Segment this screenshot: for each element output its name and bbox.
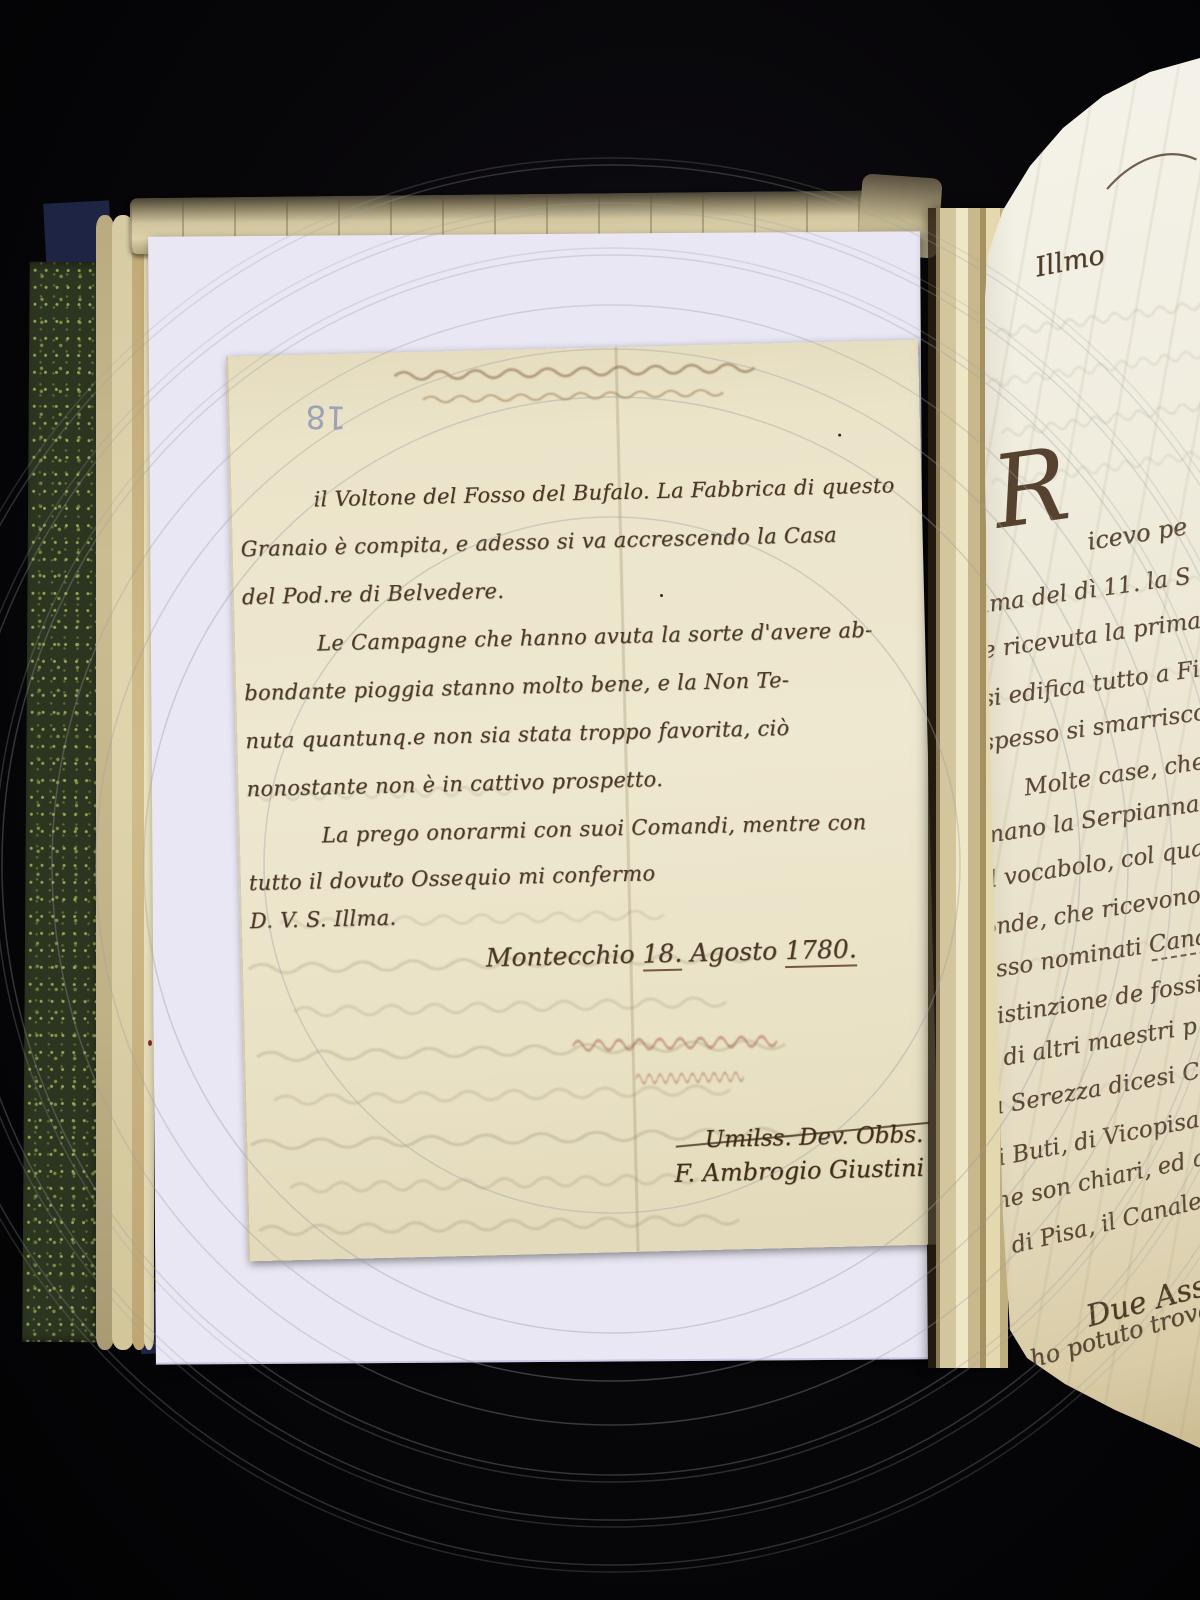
pencil-folio-number: 18 — [305, 398, 347, 437]
letter-line: Le Campagne che hanno avuta la sorte d'a… — [317, 618, 873, 656]
right-page-line: Molte case, che el — [1022, 745, 1200, 802]
letter-line: del Pod.re di Belvedere. — [242, 579, 505, 609]
signature-courtesy-formula: Umilss. Dev. Obbs. — [705, 1122, 924, 1153]
right-page-drop-cap: R — [985, 425, 1076, 551]
dateline-month: Agosto — [690, 936, 778, 967]
letter-line: bondante pioggia stanno molto bene, e la… — [244, 668, 790, 705]
signature-block: Umilss. Dev. Obbs. F. Ambrogio Giustini — [503, 1122, 924, 1192]
letter-line: Granaio è compita, e adesso si va accres… — [240, 523, 837, 562]
letter-line: nonostante non è in cattivo prospetto. — [246, 767, 663, 801]
letter-line: La prego onorarmi con suoi Comandi, ment… — [321, 810, 866, 847]
line-fragment: esso nominati — [980, 933, 1151, 985]
underlined-word: Canali — [1147, 921, 1200, 961]
right-page-line: ima del dì 11. la S — [980, 563, 1192, 618]
right-page-line: e ricevuta la prima — [980, 608, 1200, 664]
dateline-place: Montecchio — [485, 940, 634, 973]
ink-speck — [838, 434, 841, 437]
right-page-line: icevo pe — [1085, 512, 1189, 555]
page-stack-edge — [112, 215, 134, 1350]
manuscript-letter: 18 il Voltone del Fosso del Bufalo. La F… — [226, 340, 940, 1262]
letter-line: il Voltone del Fosso del Bufalo. La Fabb… — [313, 473, 895, 511]
wax-speck — [148, 1040, 152, 1046]
letter-line: nuta quantunq.e non sia stata troppo fav… — [245, 716, 790, 753]
dateline-day: 18. — [642, 939, 683, 972]
ink-speck — [660, 594, 663, 597]
pen-flourish — [1104, 151, 1198, 189]
signature-name: F. Ambrogio Giustini — [504, 1154, 925, 1192]
letter-dateline: Montecchio 18. Agosto 1780. — [485, 934, 857, 972]
ink-speck — [389, 873, 392, 876]
archival-photo-canvas: 18 il Voltone del Fosso del Bufalo. La F… — [0, 0, 1200, 1600]
right-page-heading: Illmo — [1033, 240, 1107, 284]
letter-line: tutto il dovuto Ossequio mi confermo — [249, 861, 656, 895]
letter-salutation: D. V. S. Illma. — [250, 906, 397, 934]
dateline-year: 1780. — [785, 934, 857, 968]
